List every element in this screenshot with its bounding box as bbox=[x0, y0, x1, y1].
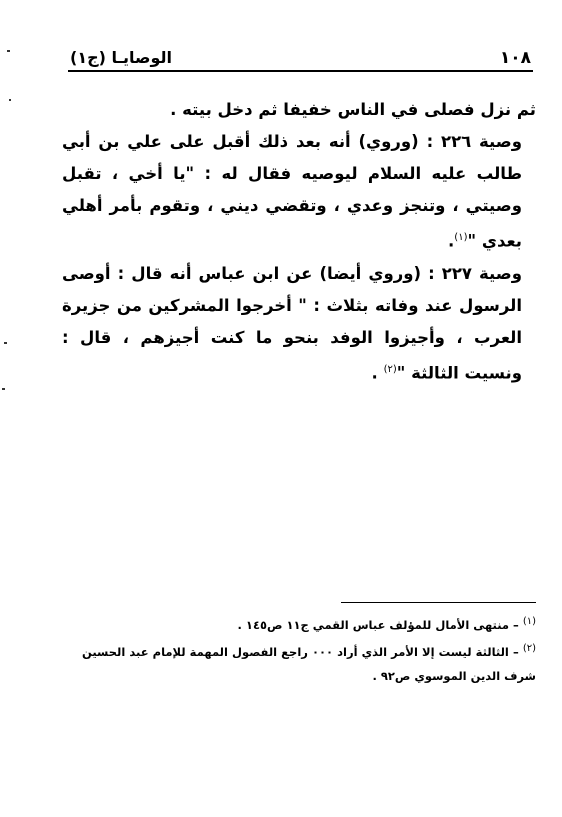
paragraph-wasiyya-226: وصية ٢٢٦ : (وروي) أنه بعد ذلك أقبل على ع… bbox=[62, 126, 536, 258]
footnote-text: – الثالثة ليست إلا الأمر الذي أراد ٠٠٠ ر… bbox=[82, 645, 536, 683]
page-number: ١٠٨ bbox=[500, 48, 531, 68]
paragraph-wasiyya-227: وصية ٢٢٧ : (وروي أيضا) عن ابن عباس أنه ق… bbox=[62, 258, 536, 390]
footnotes: (١) – منتهى الأمال للمؤلف عباس القمي ج١١… bbox=[82, 610, 536, 688]
paragraph-ending: . bbox=[372, 363, 384, 382]
page-header: ١٠٨ الوصايـا (ج١) bbox=[68, 46, 533, 72]
scan-speck bbox=[7, 50, 10, 52]
scan-speck bbox=[4, 342, 7, 344]
running-title: الوصايـا (ج١) bbox=[70, 48, 172, 67]
scan-speck bbox=[9, 99, 11, 101]
footnote-2: (٢) – الثالثة ليست إلا الأمر الذي أراد ٠… bbox=[82, 637, 536, 688]
paragraph-1: ثم نزل فصلى في الناس خفيفا ثم دخل بيته . bbox=[62, 94, 536, 126]
footnote-marker: (٢) bbox=[523, 643, 536, 654]
wasiyya-heading: وصية ٢٢٦ : bbox=[427, 132, 522, 151]
scan-speck bbox=[2, 388, 5, 390]
footnote-separator bbox=[341, 602, 536, 603]
emphasis-text: يا أخي bbox=[129, 164, 186, 183]
footnote-marker: (١) bbox=[523, 616, 536, 627]
footnote-1: (١) – منتهى الأمال للمؤلف عباس القمي ج١١… bbox=[82, 610, 536, 637]
footnote-ref-1[interactable]: (١) bbox=[454, 232, 467, 243]
footnote-text: – منتهى الأمال للمؤلف عباس القمي ج١١ ص١٤… bbox=[238, 618, 523, 632]
footnote-ref-2[interactable]: (٢) bbox=[384, 364, 397, 375]
main-text: ثم نزل فصلى في الناس خفيفا ثم دخل بيته .… bbox=[62, 94, 536, 389]
wasiyya-heading: وصية ٢٢٧ : bbox=[428, 264, 522, 283]
paragraph-text: ثم نزل فصلى في الناس خفيفا ثم دخل بيته . bbox=[170, 100, 536, 119]
